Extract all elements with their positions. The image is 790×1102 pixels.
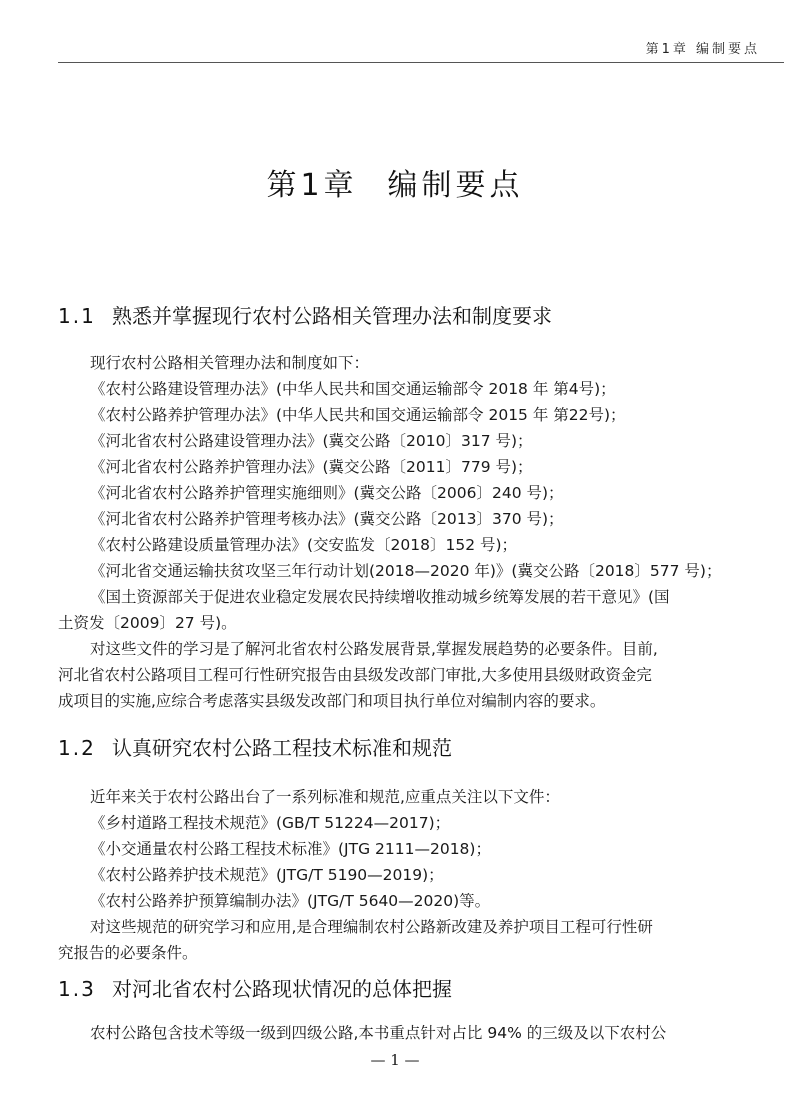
section-number: 1.1 xyxy=(58,304,112,328)
header-rule xyxy=(58,62,784,63)
running-head: 第1章 编制要点 xyxy=(646,38,760,57)
section-number: 1.3 xyxy=(58,977,112,1001)
chapter-title: 第1章编制要点 xyxy=(0,160,790,204)
paragraph-line: 成项目的实施,应综合考虑落实县级发改部门和项目执行单位对编制内容的要求。 xyxy=(58,688,748,714)
section-heading: 1.1熟悉并掌握现行农村公路相关管理办法和制度要求 xyxy=(58,300,552,329)
list-item: 《河北省农村公路养护管理考核办法》(冀交公路〔2013〕370 号)； xyxy=(90,506,780,532)
paragraph-line: 对这些规范的研究学习和应用,是合理编制农村公路新改建及养护项目工程可行性研 xyxy=(90,914,780,940)
section-heading: 1.2认真研究农村公路工程技术标准和规范 xyxy=(58,732,452,761)
section-title: 熟悉并掌握现行农村公路相关管理办法和制度要求 xyxy=(112,304,552,328)
paragraph-line: 究报告的必要条件。 xyxy=(58,940,748,966)
list-item: 《农村公路养护管理办法》(中华人民共和国交通运输部令 2015 年 第22号)； xyxy=(90,402,780,428)
page-number: — 1 — xyxy=(0,1051,790,1069)
list-item: 土资发〔2009〕27 号)。 xyxy=(58,610,748,636)
paragraph-line: 河北省农村公路项目工程可行性研究报告由县级发改部门审批,大多使用县级财政资金完 xyxy=(58,662,748,688)
list-item: 《农村公路养护预算编制办法》(JTG/T 5640—2020)等。 xyxy=(90,888,780,914)
list-item: 《河北省农村公路建设管理办法》(冀交公路〔2010〕317 号)； xyxy=(90,428,780,454)
section-number: 1.2 xyxy=(58,736,112,760)
section-heading: 1.3对河北省农村公路现状情况的总体把握 xyxy=(58,973,452,1002)
list-item: 《河北省交通运输扶贫攻坚三年行动计划(2018—2020 年)》(冀交公路〔20… xyxy=(90,558,780,584)
list-item: 《农村公路建设质量管理办法》(交安监发〔2018〕152 号)； xyxy=(90,532,780,558)
list-item: 《农村公路养护技术规范》(JTG/T 5190—2019)； xyxy=(90,862,780,888)
list-item: 《小交通量农村公路工程技术标准》(JTG 2111—2018)； xyxy=(90,836,780,862)
section-intro: 近年来关于农村公路出台了一系列标准和规范,应重点关注以下文件： xyxy=(90,784,780,810)
paragraph-line: 农村公路包含技术等级一级到四级公路,本书重点针对占比 94% 的三级及以下农村公 xyxy=(90,1020,780,1046)
chapter-name: 编制要点 xyxy=(388,168,524,203)
chapter-number: 第1章 xyxy=(266,168,357,203)
list-item: 《河北省农村公路养护管理办法》(冀交公路〔2011〕779 号)； xyxy=(90,454,780,480)
list-item: 《农村公路建设管理办法》(中华人民共和国交通运输部令 2018 年 第4号)； xyxy=(90,376,780,402)
paragraph-line: 对这些文件的学习是了解河北省农村公路发展背景,掌握发展趋势的必要条件。目前, xyxy=(90,636,780,662)
section-title: 认真研究农村公路工程技术标准和规范 xyxy=(112,736,452,760)
list-item: 《乡村道路工程技术规范》(GB/T 51224—2017)； xyxy=(90,810,780,836)
section-intro: 现行农村公路相关管理办法和制度如下： xyxy=(90,350,780,376)
section-title: 对河北省农村公路现状情况的总体把握 xyxy=(112,977,452,1001)
list-item: 《国土资源部关于促进农业稳定发展农民持续增收推动城乡统筹发展的若干意见》(国 xyxy=(90,584,780,610)
list-item: 《河北省农村公路养护管理实施细则》(冀交公路〔2006〕240 号)； xyxy=(90,480,780,506)
